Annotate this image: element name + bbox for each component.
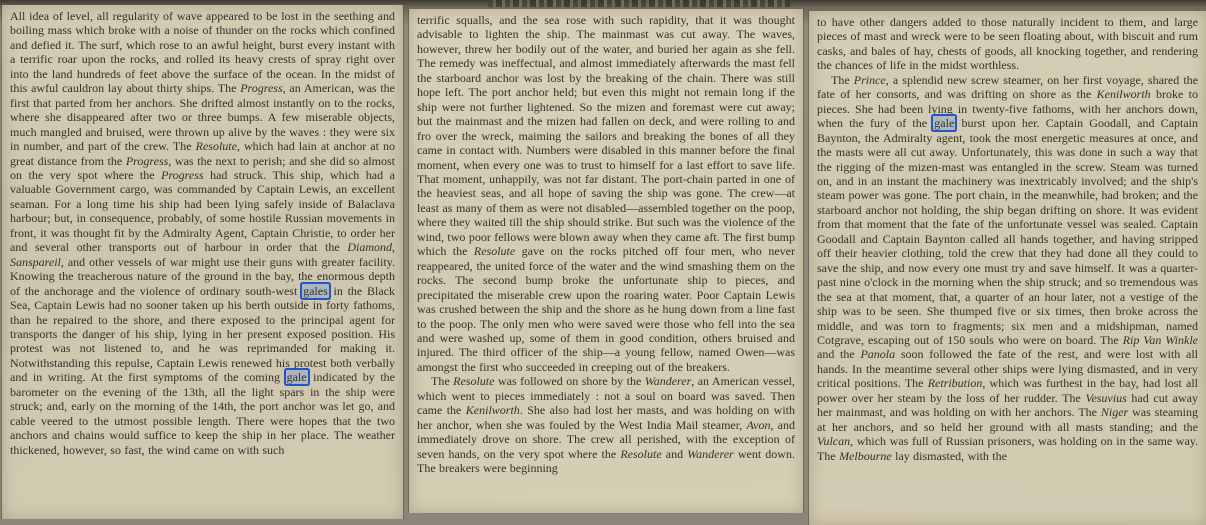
text-run: to have other dangers added to those nat… (817, 15, 1198, 72)
ship-name-italic: Niger (1101, 405, 1128, 419)
ship-name-italic: Resolute (474, 244, 515, 258)
ship-name-italic: Progress (126, 154, 168, 168)
search-highlight: gale (933, 116, 955, 130)
search-highlight: gale (286, 370, 308, 384)
text-column-1: All idea of level, all regularity of wav… (2, 5, 403, 519)
text-run: The (831, 73, 854, 87)
paragraph: The Prince, a splendid new screw steamer… (817, 73, 1198, 463)
text-run: was followed on shore by the (494, 374, 644, 388)
ship-name-italic: Panola (860, 347, 895, 361)
text-run: burst upon her. Captain Goodall, and Cap… (817, 116, 1198, 347)
ship-name-italic: Wanderer (645, 374, 691, 388)
ship-name-italic: Resolute (620, 447, 661, 461)
paragraph: The Resolute was followed on shore by th… (417, 374, 795, 475)
ship-name-italic: Progress (161, 168, 203, 182)
ship-name-italic: Resolute (453, 374, 494, 388)
paragraph: terrific squalls, and the sea rose with … (417, 13, 795, 374)
ship-name-italic: Resolute (196, 139, 237, 153)
text-run: and (662, 447, 688, 461)
cropped-page-header-remnant (488, 0, 790, 7)
text-run: gave on the rocks pitched off four men, … (417, 244, 795, 374)
ship-name-italic: Prince (854, 73, 886, 87)
ship-name-italic: Vulcan (817, 434, 850, 448)
text-run: lay dismasted, with the (892, 449, 1007, 463)
ship-name-italic: Diamond (347, 240, 392, 254)
ship-name-italic: Wanderer (687, 447, 733, 461)
ship-name-italic: Melbourne (839, 449, 892, 463)
text-column-2: terrific squalls, and the sea rose with … (409, 9, 803, 513)
ship-name-italic: Rip Van Winkle (1123, 333, 1198, 347)
paragraph: to have other dangers added to those nat… (817, 15, 1198, 73)
ship-name-italic: Avon (746, 418, 770, 432)
text-column-3: to have other dangers added to those nat… (809, 11, 1206, 525)
text-run: and the (817, 347, 860, 361)
scanned-page: All idea of level, all regularity of wav… (0, 0, 1206, 525)
ship-name-italic: Kenilworth (1097, 87, 1151, 101)
text-run: terrific squalls, and the sea rose with … (417, 13, 795, 258)
paragraph: All idea of level, all regularity of wav… (10, 9, 395, 457)
text-run: The (431, 374, 453, 388)
text-run: , (392, 240, 395, 254)
ship-name-italic: Sanspareil (10, 255, 61, 269)
search-highlight: gales (302, 284, 329, 298)
ship-name-italic: Kenilworth (466, 403, 520, 417)
ship-name-italic: Vesuvius (1085, 391, 1126, 405)
ship-name-italic: Progress (240, 81, 282, 95)
ship-name-italic: Retribution (928, 376, 983, 390)
